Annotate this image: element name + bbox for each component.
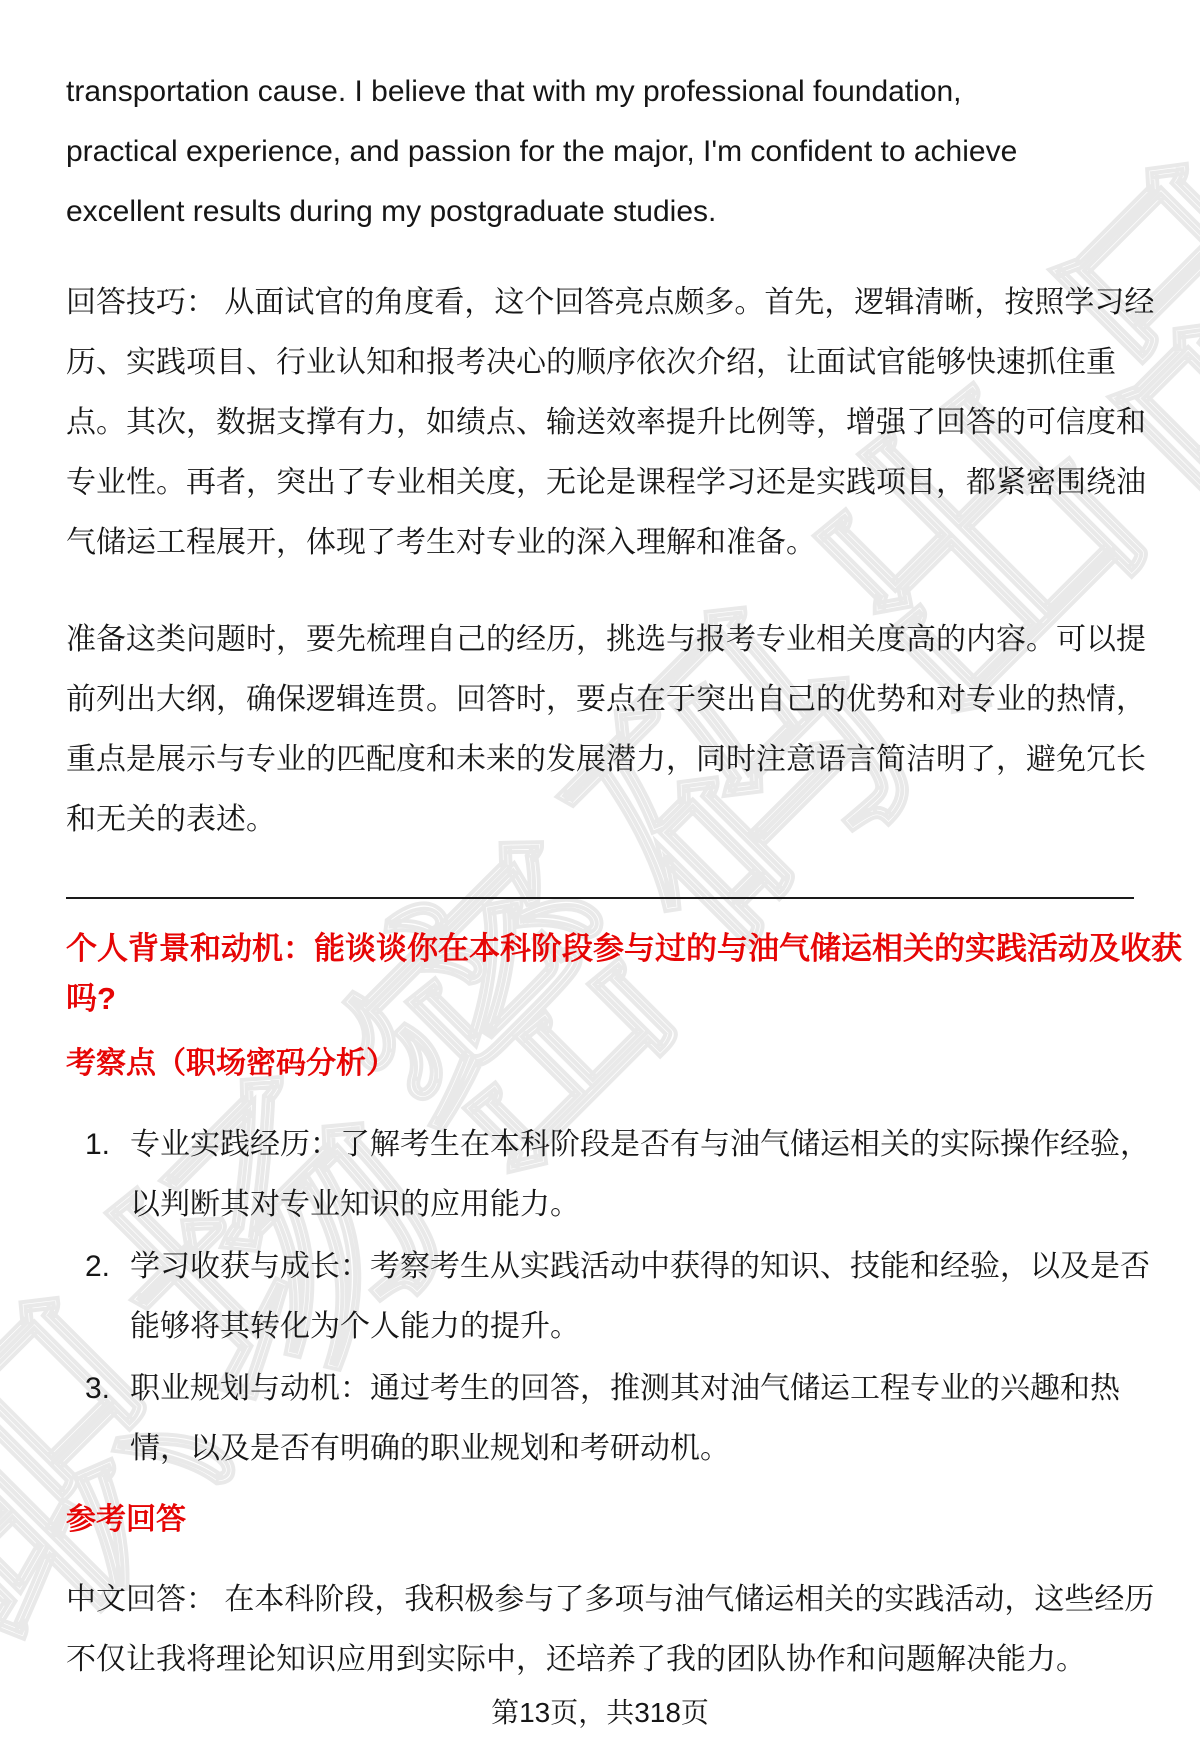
heading-line: 个人背景和动机：能谈谈你在本科阶段参与过的与油气储运相关的实践活动及收获 bbox=[66, 924, 1134, 974]
page-content: transportation cause. I believe that wit… bbox=[0, 0, 1200, 1736]
list-item-text: 职业规划与动机：通过考生的回答，推测其对油气储运工程专业的兴趣和热 情，以及是否… bbox=[130, 1359, 1134, 1479]
text-line: 职业规划与动机：通过考生的回答，推测其对油气储运工程专业的兴趣和热 bbox=[130, 1359, 1134, 1419]
chinese-answer-paragraph: 中文回答： 在本科阶段，我积极参与了多项与油气储运相关的实践活动，这些经历 不仅… bbox=[66, 1570, 1134, 1690]
list-item: 1. 专业实践经历：了解考生在本科阶段是否有与油气储运相关的实际操作经验， 以判… bbox=[66, 1115, 1134, 1235]
section-divider bbox=[66, 897, 1134, 899]
list-item-text: 学习收获与成长：考察考生从实践活动中获得的知识、技能和经验，以及是否 能够将其转… bbox=[130, 1237, 1134, 1357]
text-line: 重点是展示与专业的匹配度和未来的发展潜力，同时注意语言简洁明了，避免冗长 bbox=[66, 730, 1134, 790]
text-line: excellent results during my postgraduate… bbox=[66, 182, 1134, 242]
list-item: 3. 职业规划与动机：通过考生的回答，推测其对油气储运工程专业的兴趣和热 情，以… bbox=[66, 1359, 1134, 1479]
text-line: 以判断其对专业知识的应用能力。 bbox=[130, 1175, 1134, 1235]
heading-line: 吗? bbox=[66, 974, 1134, 1024]
text-line: 历、实践项目、行业认知和报考决心的顺序依次介绍，让面试官能够快速抓住重 bbox=[66, 333, 1134, 393]
document-page: 职场密码出品 transportation cause. I believe t… bbox=[0, 0, 1200, 1755]
text-line: practical experience, and passion for th… bbox=[66, 122, 1134, 182]
list-item-text: 专业实践经历：了解考生在本科阶段是否有与油气储运相关的实际操作经验， 以判断其对… bbox=[130, 1115, 1134, 1235]
text-line: 气储运工程展开，体现了考生对专业的深入理解和准备。 bbox=[66, 513, 1134, 573]
exam-points-list: 1. 专业实践经历：了解考生在本科阶段是否有与油气储运相关的实际操作经验， 以判… bbox=[66, 1115, 1134, 1479]
reference-answer-heading: 参考回答 bbox=[66, 1495, 1134, 1545]
list-item-number: 2. bbox=[85, 1237, 130, 1357]
answer-tips-paragraph: 回答技巧： 从面试官的角度看，这个回答亮点颇多。首先，逻辑清晰，按照学习经 历、… bbox=[66, 273, 1134, 573]
list-item-number: 1. bbox=[85, 1115, 130, 1235]
text-line: 前列出大纲，确保逻辑连贯。回答时，要点在于突出自己的优势和对专业的热情， bbox=[66, 670, 1134, 730]
text-line: transportation cause. I believe that wit… bbox=[66, 62, 1134, 122]
exam-points-heading: 考察点（职场密码分析） bbox=[66, 1039, 1134, 1089]
text-line: 情，以及是否有明确的职业规划和考研动机。 bbox=[130, 1419, 1134, 1479]
question-heading: 个人背景和动机：能谈谈你在本科阶段参与过的与油气储运相关的实践活动及收获 吗? bbox=[66, 924, 1134, 1024]
page-number-footer: 第13页，共318页 bbox=[66, 1690, 1134, 1736]
preparation-paragraph: 准备这类问题时，要先梳理自己的经历，挑选与报考专业相关度高的内容。可以提 前列出… bbox=[66, 610, 1134, 850]
text-line: 中文回答： 在本科阶段，我积极参与了多项与油气储运相关的实践活动，这些经历 bbox=[66, 1570, 1134, 1630]
text-line: 和无关的表述。 bbox=[66, 790, 1134, 850]
english-paragraph: transportation cause. I believe that wit… bbox=[66, 62, 1134, 242]
list-item-number: 3. bbox=[85, 1359, 130, 1479]
text-line: 专业性。再者，突出了专业相关度，无论是课程学习还是实践项目，都紧密围绕油 bbox=[66, 453, 1134, 513]
text-line: 不仅让我将理论知识应用到实际中，还培养了我的团队协作和问题解决能力。 bbox=[66, 1630, 1134, 1690]
text-line: 回答技巧： 从面试官的角度看，这个回答亮点颇多。首先，逻辑清晰，按照学习经 bbox=[66, 273, 1134, 333]
list-item: 2. 学习收获与成长：考察考生从实践活动中获得的知识、技能和经验，以及是否 能够… bbox=[66, 1237, 1134, 1357]
text-line: 能够将其转化为个人能力的提升。 bbox=[130, 1297, 1134, 1357]
text-line: 专业实践经历：了解考生在本科阶段是否有与油气储运相关的实际操作经验， bbox=[130, 1115, 1134, 1175]
text-line: 点。其次，数据支撑有力，如绩点、输送效率提升比例等，增强了回答的可信度和 bbox=[66, 393, 1134, 453]
text-line: 准备这类问题时，要先梳理自己的经历，挑选与报考专业相关度高的内容。可以提 bbox=[66, 610, 1134, 670]
text-line: 学习收获与成长：考察考生从实践活动中获得的知识、技能和经验，以及是否 bbox=[130, 1237, 1134, 1297]
